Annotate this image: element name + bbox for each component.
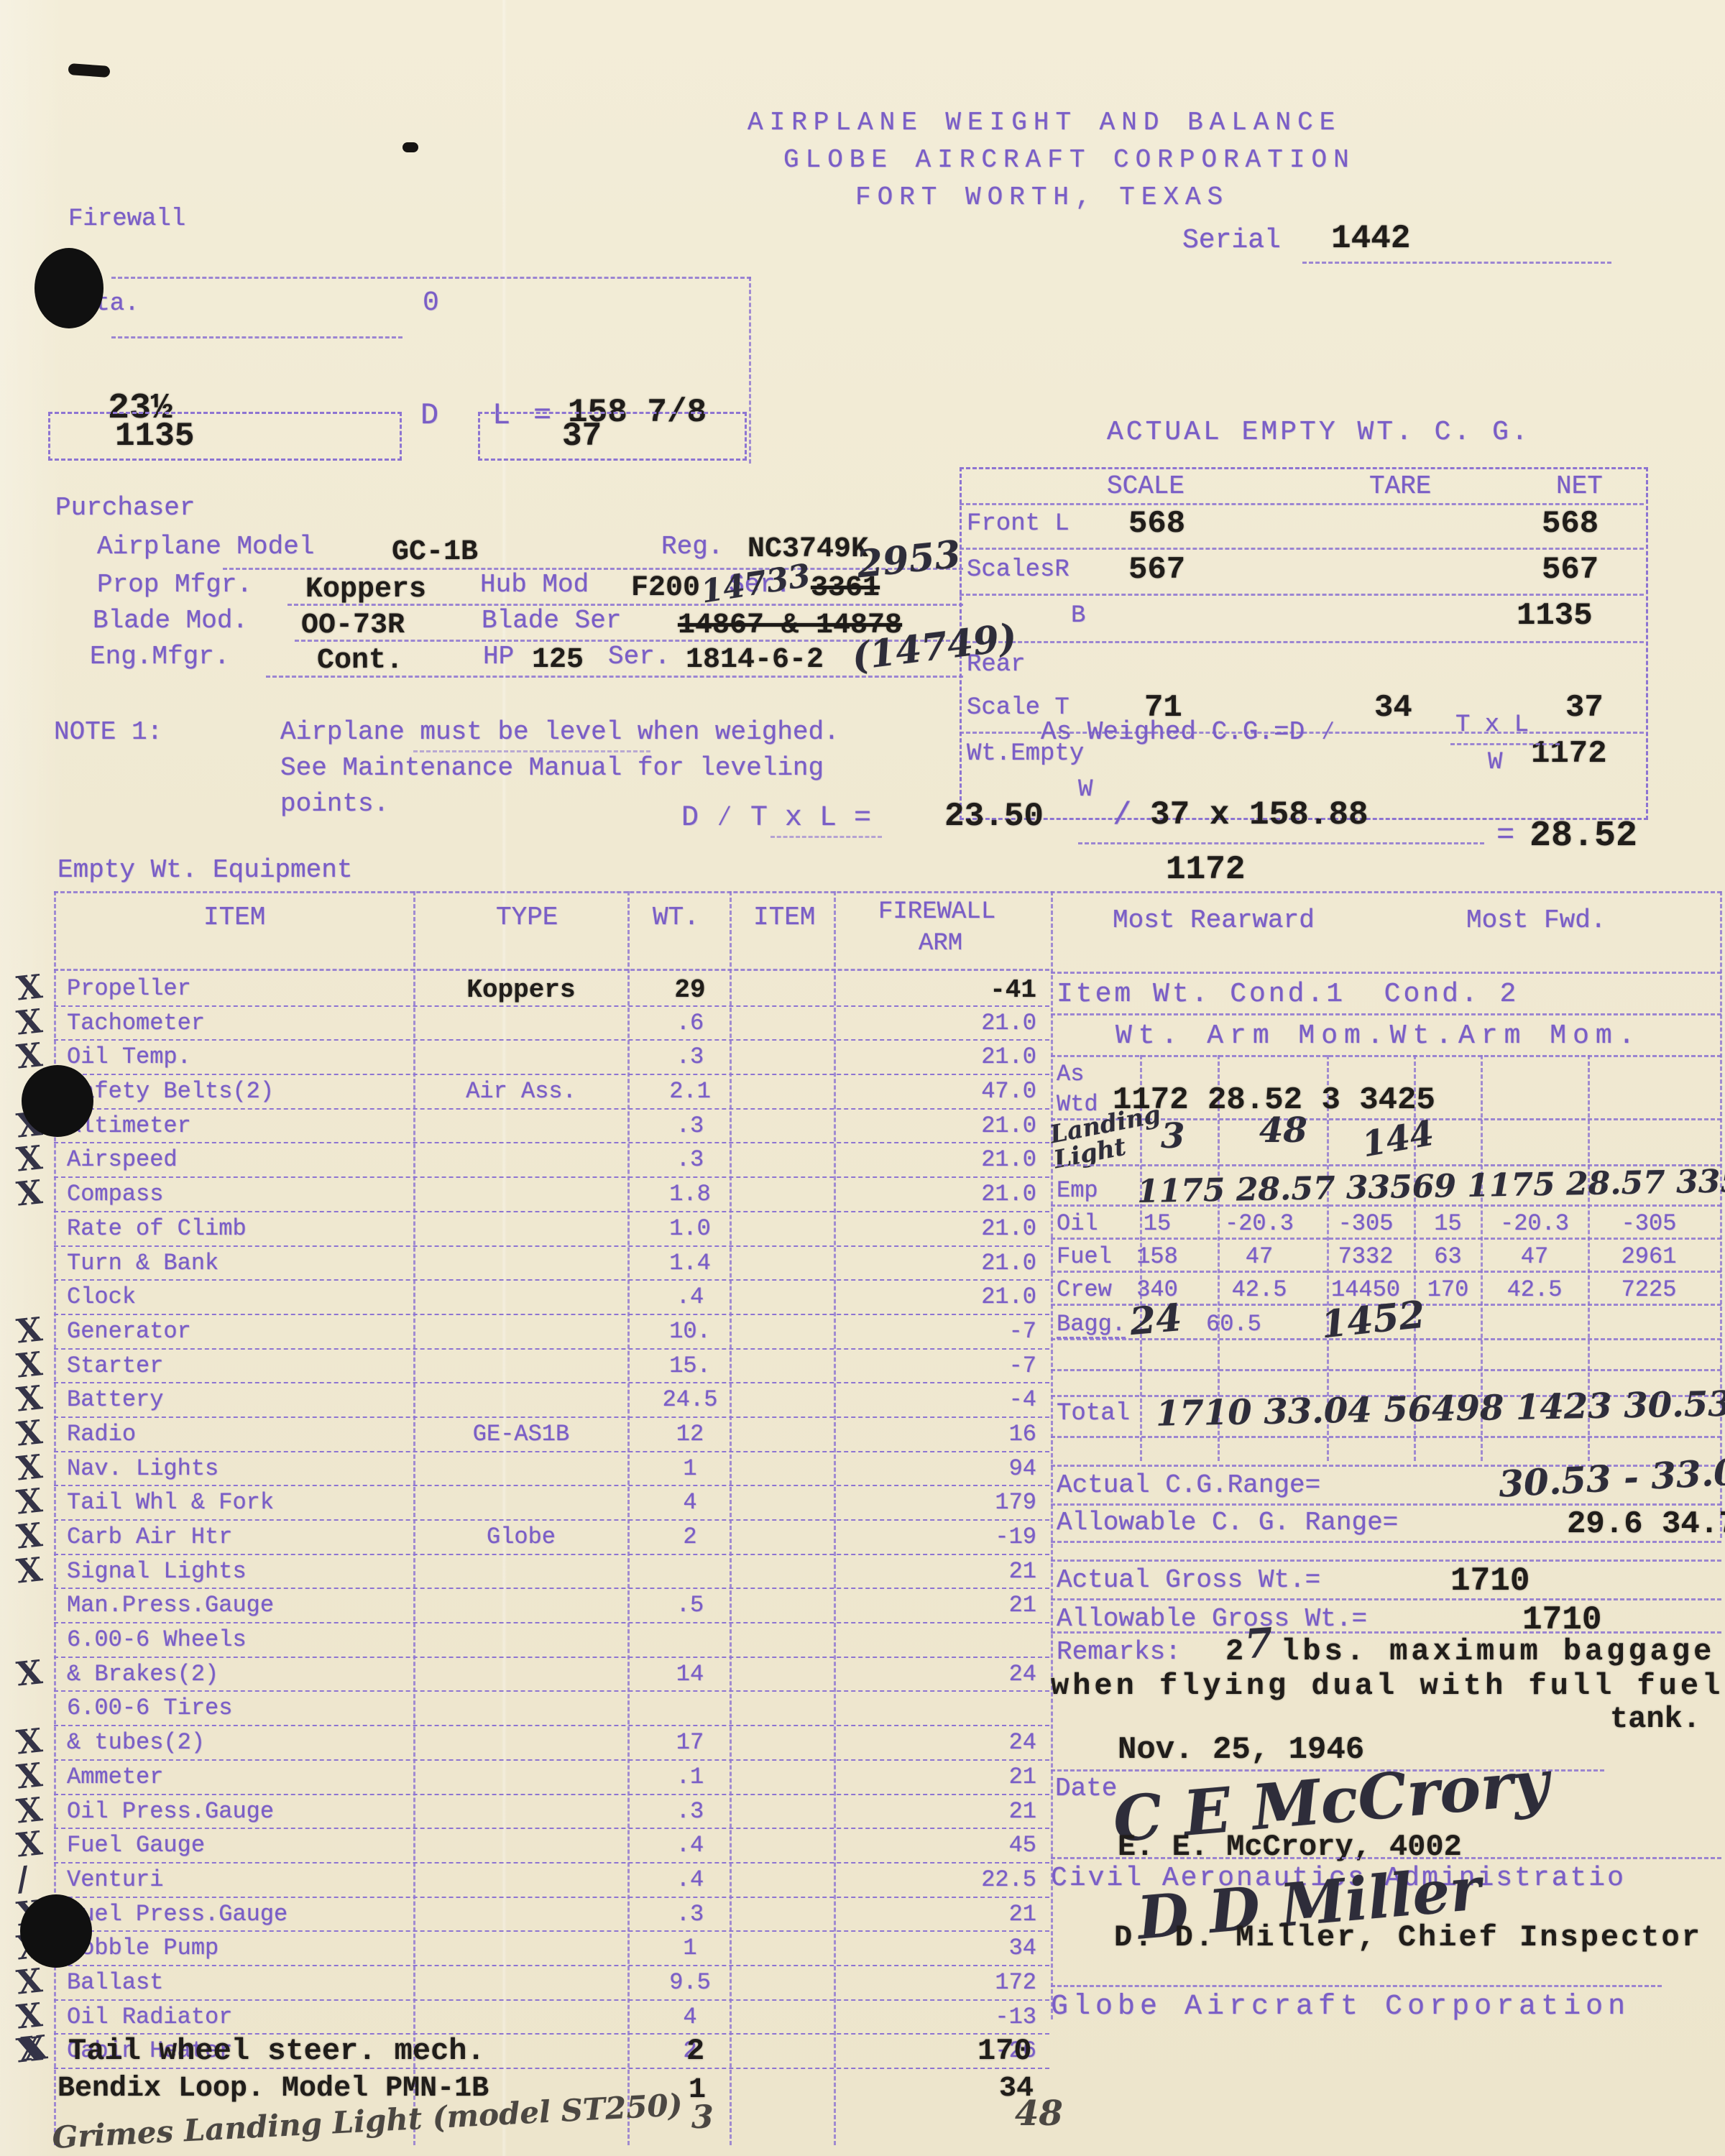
tare-value: 34 [1374,691,1412,724]
equipment-row: XAmmeter.121 [54,1761,1049,1795]
remarks-line3: tank. [1610,1703,1701,1735]
item-arm: 21.0 [821,1250,1036,1276]
equipment-row: XCarb Air HtrGlobe2-19 [54,1521,1049,1555]
scanned-weight-balance-form: AIRPLANE WEIGHT AND BALANCE GLOBE AIRCRA… [0,0,1725,2156]
equipment-table: XPropellerKoppers29-41 XTachometer.621.0… [54,972,1049,2069]
row-label: W [1078,778,1092,803]
item-weight: 15. [615,1353,765,1379]
row-label: Crew [1057,1276,1112,1303]
header-underline [54,969,1049,971]
remarks-qty-typed: 2 [1225,1636,1243,1667]
item-name: Tail Whl & Fork [67,1489,274,1516]
equation-eq2: = [1496,819,1514,851]
equipment-row: XAltimeter.321.0 [54,1110,1049,1144]
mom-cond1: 7332 [1315,1243,1416,1270]
loading-line [1051,1055,1721,1057]
item-name: 6.00-6 Wheels [67,1626,247,1653]
note-line2: See Maintenance Manual for leveling [280,755,824,782]
equation-denominator: 1172 [1166,852,1245,887]
as-wtd-label1: As [1057,1062,1084,1087]
hole-punch [22,1065,93,1137]
remarks-text: lbs. maximum baggage [1259,1636,1715,1667]
landing-arm: 48 [1259,1112,1307,1148]
item-weight: 1.8 [615,1181,765,1207]
col-firewall: FIREWALL [878,900,995,926]
item-weight: .3 [615,1112,765,1139]
equipment-row: XTail Whl & Fork4179 [54,1486,1049,1521]
row-label: B [1071,604,1085,630]
formula-fraction-bar [1450,743,1560,745]
col-type: TYPE [496,904,558,931]
hole-punch [20,1894,92,1968]
prop-label: Prop Mfgr. [97,571,252,599]
check-mark: / [14,1858,30,1898]
item-weight: 29 [615,975,765,1005]
actual-gross-label: Actual Gross Wt.= [1057,1567,1320,1594]
equation-value1: 23.50 [944,799,1044,834]
mom-cond2: 2961 [1591,1243,1706,1270]
col-tare: TARE [1369,473,1431,500]
item-arm: 24 [821,1729,1036,1756]
item-arm: -41 [821,975,1036,1005]
col-most-rearward: Most Rearward [1113,907,1315,934]
handwritten-arm: 48 [1015,2096,1063,2132]
allowable-cg-label: Allowable C. G. Range= [1057,1509,1398,1537]
item-arm: 45 [821,1832,1036,1858]
bagg-label: Bagg. [1057,1312,1126,1339]
item-weight: .4 [615,1284,765,1310]
col-item: ITEM [203,904,265,931]
net-value: 567 [1542,553,1598,586]
scale-value: 567 [1128,553,1185,586]
form-title: AIRPLANE WEIGHT AND BALANCE [747,109,1341,137]
item-arm: 16 [821,1421,1036,1447]
item-type: Globe [399,1524,643,1550]
item-weight: 2.1 [615,1078,765,1105]
item-name: Fuel Press.Gauge [67,1901,287,1927]
item-weight: 2 [615,1524,765,1550]
remarks-qty-handwritten: 7 [1243,1622,1274,1666]
hub-value: F200 [631,573,700,604]
check-mark: X [14,1549,44,1590]
caa-line [1051,1857,1721,1859]
prop-value: Koppers [305,575,426,605]
diagram-mid-line [111,336,402,338]
loading-line [1051,1271,1721,1273]
item-weight: 1 [615,1935,765,1961]
blade-label: Blade Mod. [93,607,248,635]
item-name: Signal Lights [67,1558,247,1585]
item-arm: 21.0 [821,1215,1036,1242]
summary-line [1051,1560,1721,1562]
equipment-row: Rate of Climb1.021.0 [54,1212,1049,1247]
front-weight-box [48,412,402,461]
arm-cond2: 42.5 [1481,1276,1588,1303]
item-weight: 2 [686,2035,704,2067]
item-name: Bendix Loop. Model PMN-1B [57,2074,489,2104]
emp-values: 1175 28.57 33569 1175 28.57 33569 [1137,1164,1725,1209]
equipment-row: XOil Temp..321.0 [54,1041,1049,1075]
item-weight: .5 [615,1592,765,1618]
item-name: Ballast [67,1969,163,1996]
actual-gross-value: 1710 [1450,1564,1529,1598]
item-weight: .3 [615,1901,765,1927]
row-label: Front L [967,512,1069,538]
item-name: Compass [67,1181,163,1207]
ewt-line [960,548,1644,550]
col-wt: WT. [653,904,699,931]
wt-cond2: 63 [1414,1243,1482,1270]
rear-weight-value: 37 [562,419,602,453]
equation-lhs: D ∕ T x L = [681,803,871,834]
item-arm: 21.0 [821,1284,1036,1310]
item-arm: 21 [821,1798,1036,1825]
total-values: 1710 33.04 56498 1423 30.53 43450 [1156,1383,1725,1432]
arm-cond1: 42.5 [1205,1276,1313,1303]
item-arm: -4 [821,1386,1036,1413]
item-name: Rate of Climb [67,1215,247,1242]
item-weight: 9.5 [615,1969,765,1996]
ewt-line [960,503,1644,505]
arm-cond2: -20.3 [1481,1210,1588,1237]
equipment-row: 6.00-6 Tires [54,1692,1049,1726]
row-label: Fuel [1057,1243,1112,1270]
loading-line [1051,1436,1721,1438]
purchaser-label: Purchaser [55,494,195,522]
bagg-arm: 60.5 [1206,1312,1261,1337]
model-value: GC-1B [392,538,478,568]
rear-weight-box [478,412,747,461]
equipment-row: XSignal Lights21 [54,1555,1049,1590]
item-arm: 21.0 [821,1146,1036,1173]
check-mark: X [20,2030,50,2067]
item-weight: 10. [615,1318,765,1345]
note-line3: points. [280,791,389,818]
item-name: Oil Temp. [67,1044,191,1070]
equipment-row: XGenerator10.-7 [54,1315,1049,1350]
item-name: Starter [67,1353,163,1379]
item-name: Battery [67,1386,163,1413]
item-arm: 21.0 [821,1044,1036,1070]
note-line1: Airplane must be level when weighed. [280,719,839,746]
item-name: Ammeter [67,1764,163,1790]
note-underline [413,750,650,752]
item-name: 6.00-6 Tires [67,1695,232,1721]
loading-line [1051,1204,1721,1207]
date-value: Nov. 25, 1946 [1118,1733,1364,1766]
item-name: Nav. Lights [67,1455,218,1482]
item-arm: 179 [821,1489,1036,1516]
item-weight: 24.5 [615,1386,765,1413]
wt-cond1: 158 [1114,1243,1200,1270]
equipment-row: XOil Radiator4-13 [54,2001,1049,2035]
item-weight: 1.4 [615,1250,765,1276]
city-line: FORT WORTH, TEXAS [855,184,1229,211]
item-arm: -7 [821,1353,1036,1379]
loading-line [1051,1503,1721,1506]
formula-denominator: W [1488,750,1502,776]
eng-ser-label: Ser. [608,643,670,671]
item-name: & Brakes(2) [67,1661,218,1687]
blade-value: OO-73R [301,611,405,641]
emp-label: Emp [1057,1179,1098,1203]
arm-cond2: 47 [1481,1243,1588,1270]
item-arm: 21.0 [821,1112,1036,1139]
col-item2: ITEM [753,904,815,931]
reg-value: NC3749K [747,535,868,565]
mom-cond1: -305 [1315,1210,1416,1237]
eng-value: Cont. [317,646,403,676]
equipment-row: XTachometer.621.0 [54,1007,1049,1041]
equipment-row: Man.Press.Gauge.521 [54,1589,1049,1623]
ewt-line [960,641,1644,643]
hub-ser-handwritten-2: 14733 [699,559,812,609]
item-name: Clock [67,1284,136,1310]
item-arm: 21 [821,1901,1036,1927]
hub-ser-handwritten: 2953 [855,535,963,585]
date-label: Date [1055,1775,1117,1802]
ewt-line [960,594,1644,596]
equipment-row: XNav. Lights194 [54,1452,1049,1487]
equipment-row: X& tubes(2)1724 [54,1726,1049,1761]
equipment-row: Turn & Bank1.421.0 [54,1247,1049,1281]
item-arm: 21 [821,1592,1036,1618]
item-weight: 1 [615,1455,765,1482]
item-arm: 21 [821,1558,1036,1585]
as-weighed-formula: As Weighed C.G.=D ∕ [1041,719,1335,746]
landing-wt: 3 [1161,1118,1184,1154]
item-name: Fuel Gauge [67,1832,205,1858]
loading-line [1051,1541,1721,1543]
item-arm: 21 [821,1764,1036,1790]
ink-speck [68,63,111,78]
equipment-row: XAirspeed.321.0 [54,1143,1049,1178]
item-weight: .3 [615,1798,765,1825]
equipment-row: X& Brakes(2)1424 [54,1658,1049,1692]
item-name: Carb Air Htr [67,1524,232,1550]
loading-line [1051,1338,1721,1340]
equation-slash: / [1113,799,1131,832]
item-name: Airspeed [67,1146,178,1173]
item-arm: -7 [821,1318,1036,1345]
arm-cond1: -20.3 [1205,1210,1313,1237]
equation-value2: 37 x 158.88 [1150,798,1368,832]
item-arm: -13 [821,2004,1036,2030]
mom-cond2: 7225 [1591,1276,1706,1303]
item-name: & tubes(2) [67,1729,205,1756]
serial-value: 1442 [1331,221,1410,256]
item-arm: 21.0 [821,1010,1036,1036]
handwritten-weight: 3 [691,2101,714,2134]
purchaser-line [287,604,963,606]
item-weight: 4 [615,2004,765,2030]
col-scale: SCALE [1107,473,1184,500]
wt-cond2: 15 [1414,1210,1482,1237]
hub-label: Hub Mod [480,571,589,599]
equipment-row: 6.00-6 Wheels [54,1623,1049,1658]
item-name: Turn & Bank [67,1250,218,1276]
item-name: Generator [67,1318,191,1345]
equipment-row: XOil Press.Gauge.321 [54,1795,1049,1830]
equipment-row: Clock.421.0 [54,1281,1049,1315]
remarks-line2: when flying dual with full fuel [1051,1670,1724,1702]
check-mark: X [14,1652,44,1693]
loading-header2: Wt. Arm Mom.Wt.Arm Mom. [1115,1022,1642,1051]
item-type: Air Ass. [399,1078,643,1105]
item-arm: 34 [821,1935,1036,1961]
item-name: Propeller [67,975,191,1002]
item-arm: -19 [821,1524,1036,1550]
allowable-gross-label: Allowable Gross Wt.= [1057,1606,1367,1633]
item-arm: 47.0 [821,1078,1036,1105]
company-line: GLOBE AIRCRAFT CORPORATION [783,147,1356,174]
ink-speck [402,142,418,152]
model-label: Airplane Model [97,533,314,561]
item-weight: .1 [615,1764,765,1790]
item-name: Tachometer [67,1010,205,1036]
wt-cond1: 15 [1114,1210,1200,1237]
equation-result: 28.52 [1529,818,1637,856]
item-name: Radio [67,1421,136,1447]
item-arm: 22.5 [821,1866,1036,1893]
station-zero: 0 [423,289,439,318]
item-arm: 24 [821,1661,1036,1687]
purchaser-line [223,568,963,570]
mom-cond2: -305 [1591,1210,1706,1237]
total-label: Total [1057,1401,1130,1427]
table-top-border [54,891,1721,893]
wt-cond2: 170 [1414,1276,1482,1303]
actual-cg-label: Actual C.G.Range= [1057,1472,1320,1499]
equipment-row: XStarter15.-7 [54,1350,1049,1384]
item-arm: 172 [821,1969,1036,1996]
row-label: ScalesR [967,558,1069,584]
diagram-top-line [111,277,751,279]
bagg-wt: 24 [1128,1299,1184,1342]
hp-value: 125 [532,645,584,676]
row-label: Oil [1057,1210,1098,1237]
equipment-section-label: Empty Wt. Equipment [57,857,352,884]
equipment-row: XFuel Press.Gauge.321 [54,1898,1049,1932]
table-vline [1051,891,1053,2019]
purchaser-line [266,676,963,678]
loading-line [1051,1238,1721,1240]
item-name: Man.Press.Gauge [67,1592,274,1618]
item-name: Venturi [67,1866,163,1893]
arm-cond1: 47 [1205,1243,1313,1270]
equipment-row: /Venturi.422.5 [54,1864,1049,1898]
loading-line [1051,972,1721,974]
item-weight: .4 [615,1832,765,1858]
hole-punch [34,248,103,328]
item-weight: .4 [615,1866,765,1893]
col-most-fwd: Most Fwd. [1466,907,1606,934]
col-arm: ARM [919,931,962,957]
equipment-row: XWobble Pump134 [54,1932,1049,1966]
item-name: Oil Radiator [67,2004,232,2030]
item-arm: 170 [977,2035,1032,2067]
serial-underline [1302,262,1611,264]
item-type: Koppers [399,975,643,1005]
item-name: Safety Belts(2) [67,1078,274,1105]
formula-numerator: T x L [1455,713,1529,739]
equipment-row: XRadioGE-AS1B1216 [54,1418,1049,1452]
item-type: GE-AS1B [399,1421,643,1447]
eng-label: Eng.Mfgr. [90,643,229,671]
empty-wt-title: ACTUAL EMPTY WT. C. G. [1107,418,1531,447]
hp-label: HP [483,643,514,671]
company-line-rule [1051,1985,1662,1987]
diagram-right-line [749,277,751,464]
loading-line [1051,1013,1721,1015]
equation-lhs-underline [770,836,882,838]
equipment-row: XBattery24.5-4 [54,1383,1049,1418]
note-label: NOTE 1: [54,719,162,746]
remarks-label: Remarks: [1057,1639,1181,1666]
blade-ser-label: Blade Ser [482,607,621,635]
net-value: 1172 [1531,737,1607,770]
item-weight: 12 [615,1421,765,1447]
item-weight: 14 [615,1661,765,1687]
firewall-label: Firewall [68,207,185,233]
item-name: Tail wheel steer. mech. [68,2035,485,2067]
eng-ser-value: 1814-6-2 [686,645,824,676]
check-mark: X [14,1172,44,1213]
reg-label: Reg. [661,533,723,561]
item-weight: 17 [615,1729,765,1756]
item-weight: 1.0 [615,1215,765,1242]
company-name: Globe Aircraft Corporation [1051,1992,1630,2022]
item-weight: .3 [615,1044,765,1070]
dim-d-label: D [420,400,438,431]
item-weight: 4 [615,1489,765,1516]
item-arm: 94 [821,1455,1036,1482]
actual-cg-value: 30.53 - 33.04 [1498,1452,1725,1503]
net-value: 37 [1565,691,1604,724]
inspector-name-2: D. D. Miller, Chief Inspector [1114,1922,1702,1953]
net-value: 1135 [1517,599,1593,632]
scale-value: 568 [1128,507,1185,540]
item-name: Oil Press.Gauge [67,1798,274,1825]
item-weight: .6 [615,1010,765,1036]
loading-header1: Item Wt. Cond.1 Cond. 2 [1057,980,1519,1009]
loading-line [1051,1369,1721,1371]
equipment-row: XFuel Gauge.445 [54,1829,1049,1864]
serial-label: Serial [1182,226,1281,255]
equation-fraction-bar [1078,842,1484,844]
summary-line [1051,1631,1721,1634]
equipment-row: XPropellerKoppers29-41 [54,972,1049,1007]
item-weight: .3 [615,1146,765,1173]
item-arm: 21.0 [821,1181,1036,1207]
equipment-row: Safety Belts(2)Air Ass.2.147.0 [54,1075,1049,1110]
front-weight-value: 1135 [115,419,194,453]
net-value: 568 [1542,507,1598,540]
equipment-row: XCompass1.821.0 [54,1178,1049,1212]
landing-mom: 144 [1359,1115,1436,1164]
equipment-row: XBallast9.5172 [54,1966,1049,2001]
summary-line [1051,1598,1721,1600]
allowable-cg-value: 29.6 34.7 [1567,1508,1725,1541]
col-net: NET [1556,473,1603,500]
